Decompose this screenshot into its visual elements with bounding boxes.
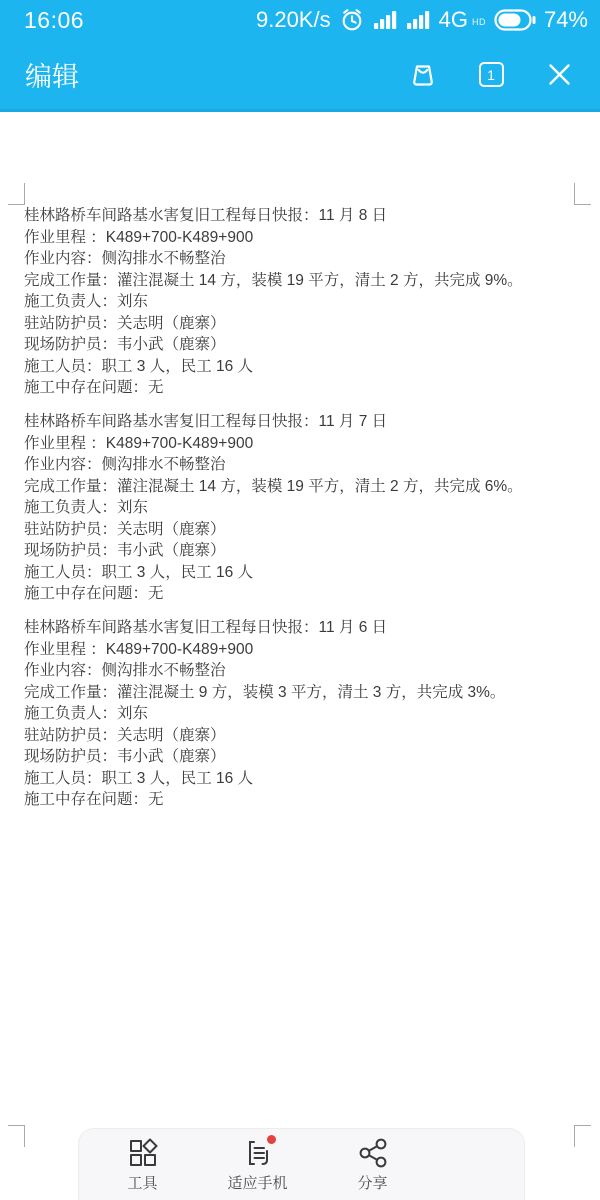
doc-line[interactable]: 作业里程 ：K489+700-K489+900 (24, 227, 590, 249)
battery-icon (494, 9, 536, 31)
doc-line[interactable]: 作业里程 ：K489+700-K489+900 (24, 433, 590, 455)
fit-to-phone-button[interactable]: 适应手机 (200, 1137, 315, 1193)
doc-line[interactable]: 施工负责人：刘东 (24, 703, 590, 725)
tool-label: 适应手机 (227, 1172, 287, 1193)
top-blue-block: 16:06 9.20K/s (0, 0, 600, 112)
page-corner-mark-bottom-left (8, 1125, 25, 1147)
tool-label: 分享 (357, 1172, 387, 1193)
daily-report-section: 桂林路桥车间路基水害复旧工程每日快报：11 月 7 日 作业里程 ：K489+7… (24, 411, 590, 605)
doc-line[interactable]: 完成工作量：灌注混凝土 14 方，装模 19 平方，清土 2 方，共完成 9%。 (24, 270, 590, 292)
share-button[interactable]: 分享 (315, 1137, 430, 1193)
document-page[interactable]: 桂林路桥车间路基水害复旧工程每日快报：11 月 8 日 作业里程 ：K489+7… (0, 112, 600, 1200)
page-corner-mark-bottom-right (574, 1125, 591, 1147)
doc-line[interactable]: 施工人员：职工 3 人，民工 16 人 (24, 768, 590, 790)
fit-to-phone-icon (242, 1137, 274, 1169)
status-bar: 16:06 9.20K/s (0, 0, 600, 40)
doc-line[interactable]: 施工负责人：刘东 (24, 497, 590, 519)
signal-sim2-icon (406, 9, 431, 31)
doc-line[interactable]: 作业内容：侧沟排水不畅整治 (24, 660, 590, 682)
app-header: 编辑 1 (0, 40, 600, 112)
doc-line[interactable]: 驻站防护员：关志明（鹿寨） (24, 725, 590, 747)
doc-line[interactable]: 作业内容：侧沟排水不畅整治 (24, 248, 590, 270)
doc-line[interactable]: 施工中存在问题：无 (24, 583, 590, 605)
doc-line[interactable]: 桂林路桥车间路基水害复旧工程每日快报：11 月 8 日 (24, 205, 590, 227)
doc-line[interactable]: 完成工作量：灌注混凝土 14 方，装模 19 平方，清土 2 方，共完成 6%。 (24, 476, 590, 498)
doc-line[interactable]: 施工中存在问题：无 (24, 789, 590, 811)
tool-label: 工具 (127, 1172, 157, 1193)
tools-button[interactable]: 工具 (85, 1137, 200, 1193)
window-count-button[interactable]: 1 (476, 60, 506, 90)
volte-hd-badge: HD (472, 17, 486, 27)
doc-line[interactable]: 现场防护员：韦小武（鹿寨） (24, 540, 590, 562)
doc-line[interactable]: 施工人员：职工 3 人，民工 16 人 (24, 562, 590, 584)
clock-time: 16:06 (24, 7, 84, 34)
doc-line[interactable]: 桂林路桥车间路基水害复旧工程每日快报：11 月 6 日 (24, 617, 590, 639)
doc-line[interactable]: 施工中存在问题：无 (24, 377, 590, 399)
doc-line[interactable]: 作业里程 ：K489+700-K489+900 (24, 639, 590, 661)
doc-line[interactable]: 驻站防护员：关志明（鹿寨） (24, 519, 590, 541)
doc-line[interactable]: 完成工作量：灌注混凝土 9 方，装模 3 平方，清土 3 方，共完成 3%。 (24, 682, 590, 704)
document-text: 桂林路桥车间路基水害复旧工程每日快报：11 月 8 日 作业里程 ：K489+7… (24, 205, 590, 823)
bottom-toolbar: 工具 适应手机 分享 (78, 1128, 525, 1200)
tools-grid-icon (127, 1137, 159, 1169)
doc-line[interactable]: 驻站防护员：关志明（鹿寨） (24, 313, 590, 335)
doc-line[interactable]: 施工负责人：刘东 (24, 291, 590, 313)
page-title: 编辑 (25, 55, 79, 94)
doc-line[interactable]: 施工人员：职工 3 人，民工 16 人 (24, 356, 590, 378)
daily-report-section: 桂林路桥车间路基水害复旧工程每日快报：11 月 8 日 作业里程 ：K489+7… (24, 205, 590, 399)
notification-dot (267, 1135, 276, 1144)
alarm-icon (339, 7, 365, 33)
page-corner-mark-top-left (8, 183, 25, 205)
close-icon[interactable] (544, 60, 574, 90)
shopping-bag-icon[interactable] (408, 60, 438, 90)
signal-sim1-icon (373, 9, 398, 31)
battery-percent: 74% (544, 7, 588, 33)
window-count-box: 1 (479, 62, 504, 87)
page-corner-mark-top-right (574, 183, 591, 205)
network-speed: 9.20K/s (256, 7, 331, 33)
doc-line[interactable]: 现场防护员：韦小武（鹿寨） (24, 746, 590, 768)
daily-report-section: 桂林路桥车间路基水害复旧工程每日快报：11 月 6 日 作业里程 ：K489+7… (24, 617, 590, 811)
doc-line[interactable]: 桂林路桥车间路基水害复旧工程每日快报：11 月 7 日 (24, 411, 590, 433)
doc-line[interactable]: 现场防护员：韦小武（鹿寨） (24, 334, 590, 356)
network-type: 4G (439, 7, 468, 33)
share-nodes-icon (357, 1137, 389, 1169)
doc-line[interactable]: 作业内容：侧沟排水不畅整治 (24, 454, 590, 476)
